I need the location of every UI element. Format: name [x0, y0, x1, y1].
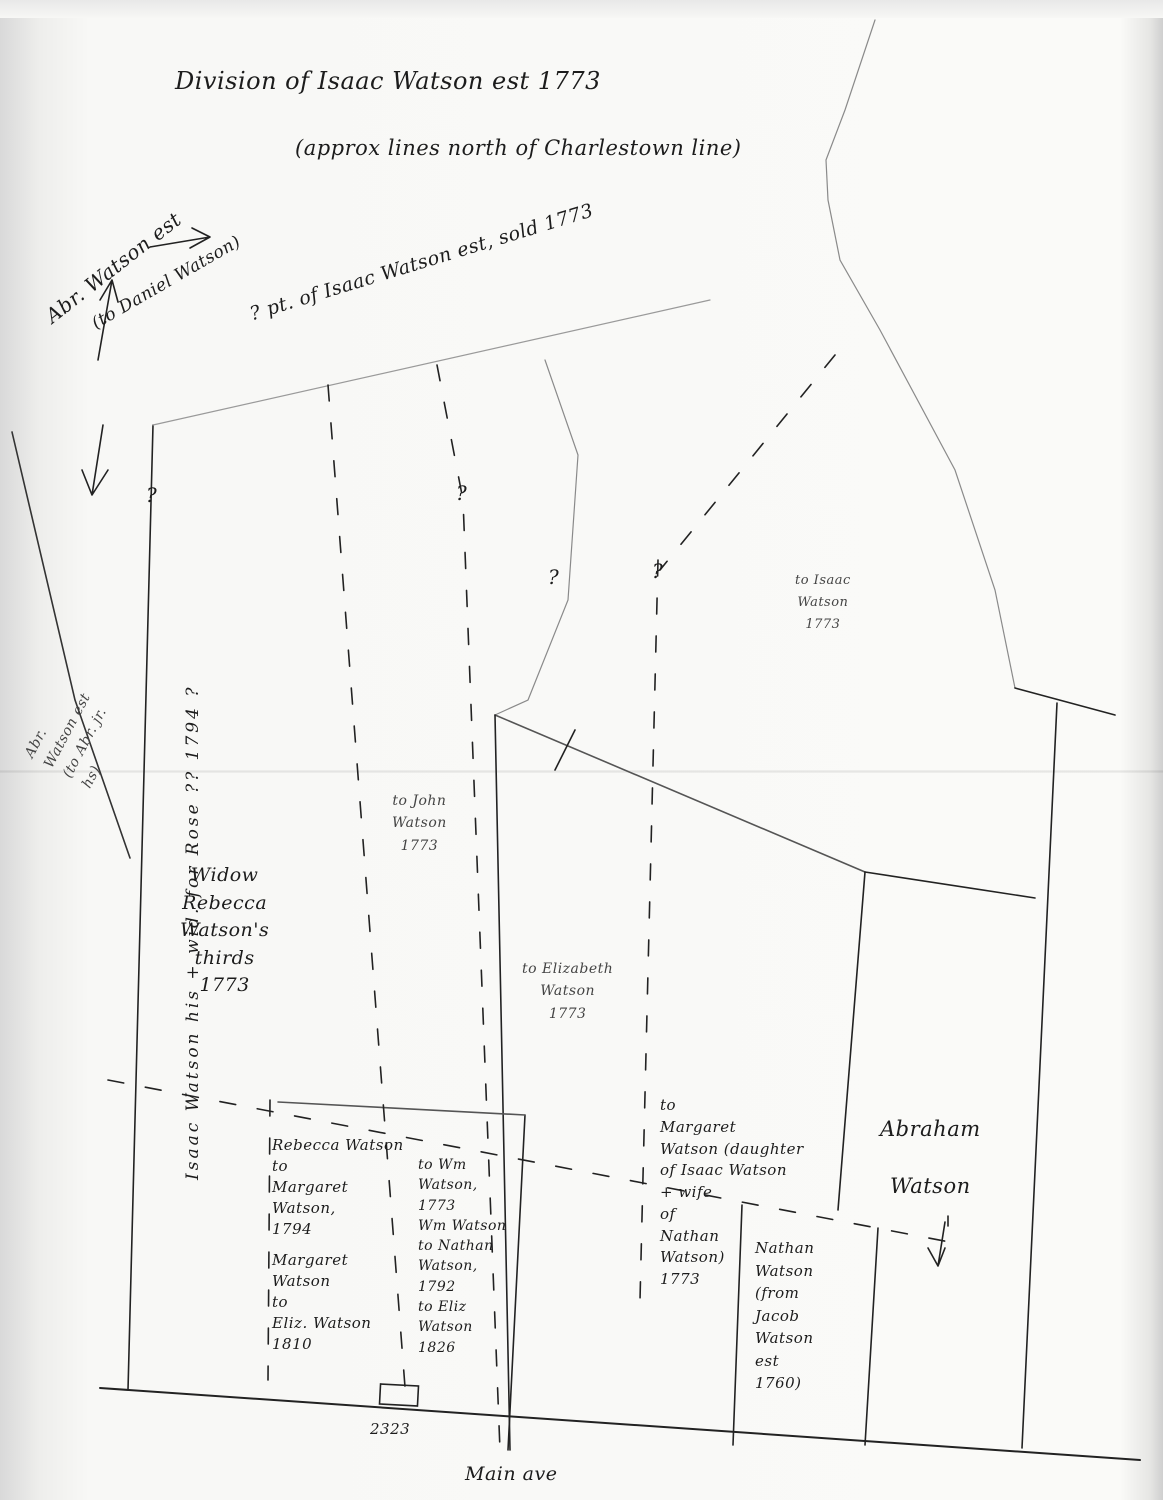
south-arrow-icon [82, 425, 108, 495]
parcel-isaac-watson: to Isaac Watson 1773 [795, 570, 851, 636]
question-mark-4: ? [652, 556, 663, 587]
question-mark-2: ? [456, 478, 467, 509]
middle-diagonal-line [495, 715, 865, 872]
abraham-north-line [865, 872, 1035, 898]
wm-east-line [508, 1115, 525, 1450]
parcel-widow-rebecca: Widow Rebecca Watson's thirds 1773 [180, 862, 269, 1000]
nathan-east-line [865, 1228, 878, 1445]
parcel-nathan-watson: Nathan Watson (from Jacob Watson est 176… [755, 1237, 814, 1395]
road-name-label: Main ave [465, 1460, 557, 1489]
parcel-john-watson: to John Watson 1773 [392, 790, 447, 857]
dashed-line-rebecca [268, 1100, 270, 1380]
map-title: Division of Isaac Watson est 1773 [175, 63, 601, 100]
question-mark-1: ? [146, 480, 157, 511]
east-vertical-line [1022, 703, 1057, 1448]
dashed-line-john [328, 385, 406, 1400]
west-boundary-line [12, 432, 130, 858]
main-ave-road-line [100, 1388, 1140, 1460]
parcel-margaret-to-eliz: Margaret Watson to Eliz. Watson 1810 [272, 1250, 371, 1355]
parcel-wm-watson: to Wm Watson, 1773 Wm Watson to Nathan W… [418, 1155, 506, 1358]
north-boundary-line [153, 300, 710, 425]
map-subtitle: (approx lines north of Charlestown line) [295, 132, 741, 165]
dashed-line-margaret [640, 560, 658, 1300]
parcel-elizabeth-watson: to Elizabeth Watson 1773 [522, 958, 613, 1025]
house-number-label: 2323 [370, 1418, 410, 1441]
east-boundary-curve [826, 20, 1015, 688]
check-mark-icon [555, 730, 575, 770]
question-mark-3: ? [548, 562, 559, 593]
abraham-west-line [838, 872, 865, 1210]
parcel-rebecca-to-margaret: Rebecca Watson to Margaret Watson, 1794 [272, 1135, 404, 1240]
left-parcel-line [128, 425, 153, 1390]
curved-boundary-line [495, 360, 578, 715]
dashed-line-charlestown [108, 1080, 965, 1245]
dashed-line-diagonal [660, 355, 835, 570]
parcel-abraham-watson: Abraham Watson [880, 1115, 981, 1200]
lower-box-top [278, 1102, 525, 1115]
east-boundary-segment [1015, 688, 1115, 715]
house-symbol [380, 1384, 419, 1406]
